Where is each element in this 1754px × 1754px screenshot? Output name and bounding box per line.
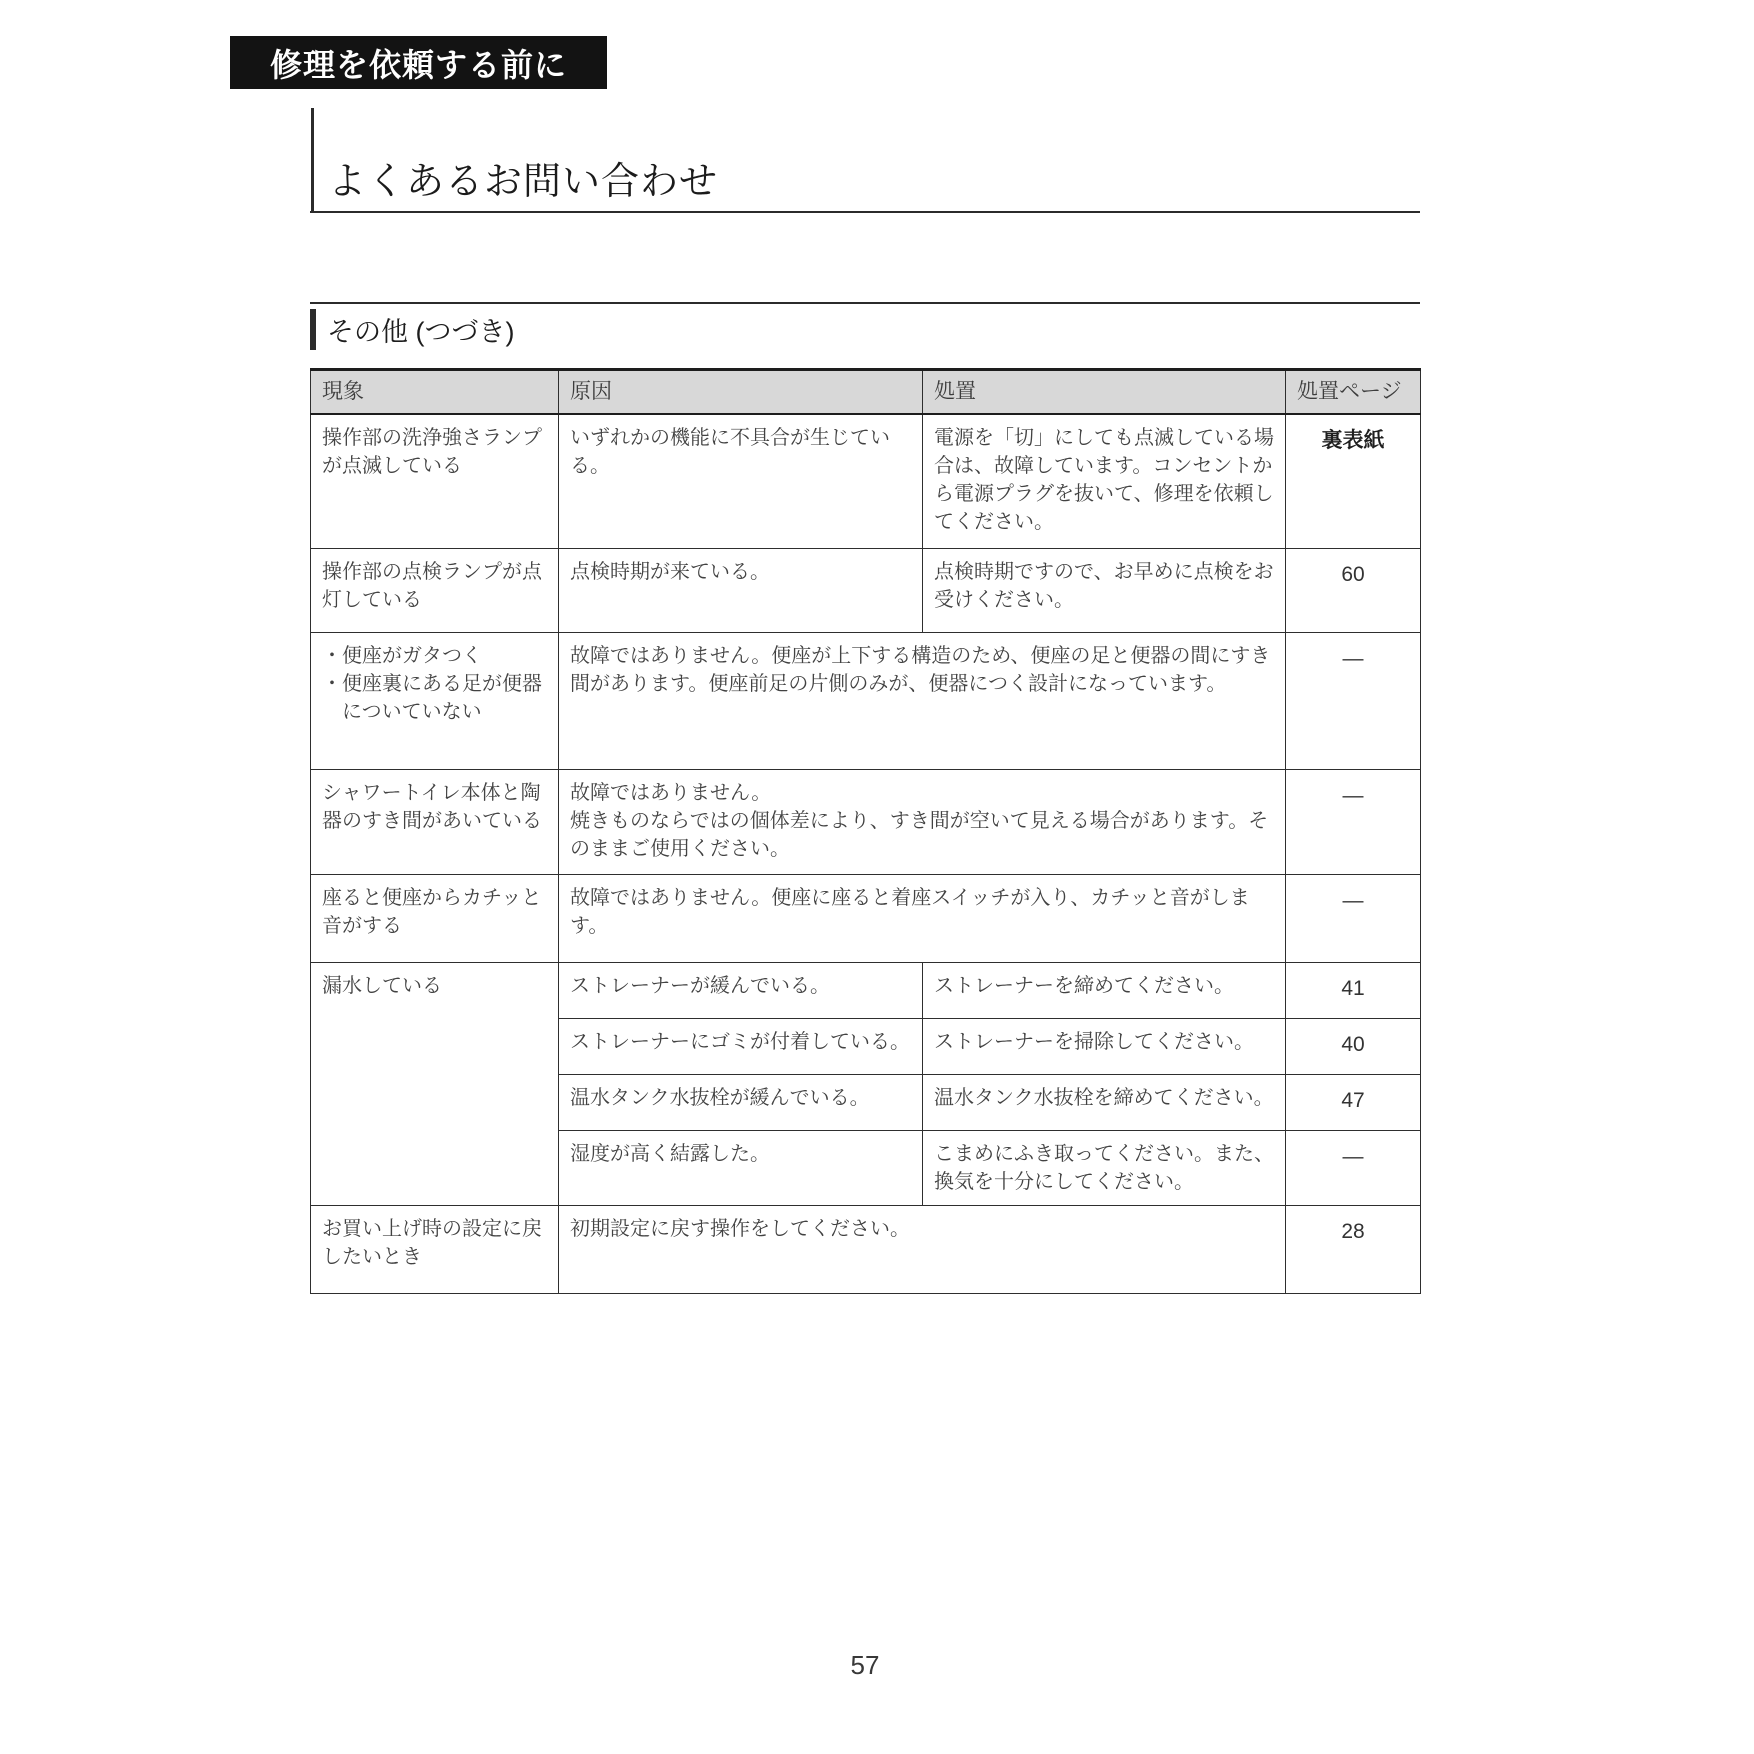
cause-cell: 湿度が高く結露した。 <box>559 1130 923 1205</box>
table-row: シャワートイレ本体と陶器のすき間があいている 故障ではありません。 焼きものなら… <box>311 769 1421 874</box>
page-ref-cell: 裏表紙 <box>1286 414 1421 548</box>
cause-treatment-cell: 故障ではありません。便座に座ると着座スイッチが入り、カチッと音がします。 <box>559 874 1286 962</box>
phenomenon-cell: 漏水している <box>311 962 559 1205</box>
phenomenon-list-item: ・便座がガタつく <box>322 642 547 670</box>
phenomenon-cell: お買い上げ時の設定に戻したいとき <box>311 1205 559 1293</box>
table-row: ・便座がガタつく ・便座裏にある足が便器についていない 故障ではありません。便座… <box>311 632 1421 769</box>
page-title: よくあるお問い合わせ <box>328 150 718 205</box>
table-row: 操作部の点検ランプが点灯している 点検時期が来ている。 点検時期ですので、お早め… <box>311 548 1421 632</box>
table-row: 操作部の洗浄強さランプが点滅している いずれかの機能に不具合が生じている。 電源… <box>311 414 1421 548</box>
page-ref-cell: 40 <box>1286 1018 1421 1074</box>
section-top-rule <box>310 302 1420 304</box>
phenomenon-cell: 操作部の洗浄強さランプが点滅している <box>311 414 559 548</box>
page-ref-cell: — <box>1286 769 1421 874</box>
treatment-cell: こまめにふき取ってください。また、換気を十分にしてください。 <box>923 1130 1286 1205</box>
cause-treatment-cell: 故障ではありません。便座が上下する構造のため、便座の足と便器の間にすき間がありま… <box>559 632 1286 769</box>
page-ref-cell: 60 <box>1286 548 1421 632</box>
cause-cell: ストレーナーにゴミが付着している。 <box>559 1018 923 1074</box>
column-header-cause: 原因 <box>559 370 923 415</box>
cause-cell: 温水タンク水抜栓が緩んでいる。 <box>559 1074 923 1130</box>
page-ref-cell: 47 <box>1286 1074 1421 1130</box>
treatment-cell: 点検時期ですので、お早めに点検をお受けください。 <box>923 548 1286 632</box>
cause-cell: ストレーナーが緩んでいる。 <box>559 962 923 1018</box>
table-row: お買い上げ時の設定に戻したいとき 初期設定に戻す操作をしてください。 28 <box>311 1205 1421 1293</box>
footer-page-number: 57 <box>310 1650 1420 1681</box>
cause-cell: 点検時期が来ている。 <box>559 548 923 632</box>
section-marker <box>310 309 316 350</box>
column-header-page: 処置ページ <box>1286 370 1421 415</box>
chapter-tab: 修理を依頼する前に <box>230 36 607 89</box>
manual-page: 修理を依頼する前に よくあるお問い合わせ その他 (つづき) 現象 原因 処置 … <box>0 0 1754 1754</box>
treatment-cell: 温水タンク水抜栓を締めてください。 <box>923 1074 1286 1130</box>
page-ref-cell: — <box>1286 1130 1421 1205</box>
page-ref-cell: — <box>1286 632 1421 769</box>
treatment-cell: 電源を「切」にしても点滅している場合は、故障しています。コンセントから電源プラグ… <box>923 414 1286 548</box>
cause-cell: いずれかの機能に不具合が生じている。 <box>559 414 923 548</box>
treatment-cell: ストレーナーを締めてください。 <box>923 962 1286 1018</box>
phenomenon-list-item: ・便座裏にある足が便器についていない <box>322 670 547 726</box>
table-row: 座ると便座からカチッと音がする 故障ではありません。便座に座ると着座スイッチが入… <box>311 874 1421 962</box>
phenomenon-cell: 座ると便座からカチッと音がする <box>311 874 559 962</box>
page-ref-cell: — <box>1286 874 1421 962</box>
phenomenon-cell: シャワートイレ本体と陶器のすき間があいている <box>311 769 559 874</box>
phenomenon-cell: ・便座がガタつく ・便座裏にある足が便器についていない <box>311 632 559 769</box>
section-title: その他 (つづき) <box>327 310 514 349</box>
chapter-tab-label: 修理を依頼する前に <box>270 40 567 86</box>
cause-treatment-cell: 初期設定に戻す操作をしてください。 <box>559 1205 1286 1293</box>
table-header-row: 現象 原因 処置 処置ページ <box>311 370 1421 415</box>
treatment-cell: ストレーナーを掃除してください。 <box>923 1018 1286 1074</box>
page-ref-cell: 41 <box>1286 962 1421 1018</box>
column-header-treatment: 処置 <box>923 370 1286 415</box>
table-row: 漏水している ストレーナーが緩んでいる。 ストレーナーを締めてください。 41 <box>311 962 1421 1018</box>
column-header-phenomenon: 現象 <box>311 370 559 415</box>
faq-table: 現象 原因 処置 処置ページ 操作部の洗浄強さランプが点滅している いずれかの機… <box>310 368 1421 1294</box>
cause-treatment-cell: 故障ではありません。 焼きものならではの個体差により、すき間が空いて見える場合が… <box>559 769 1286 874</box>
title-vertical-rule <box>311 108 314 212</box>
phenomenon-cell: 操作部の点検ランプが点灯している <box>311 548 559 632</box>
title-underline <box>310 211 1420 213</box>
page-ref-cell: 28 <box>1286 1205 1421 1293</box>
